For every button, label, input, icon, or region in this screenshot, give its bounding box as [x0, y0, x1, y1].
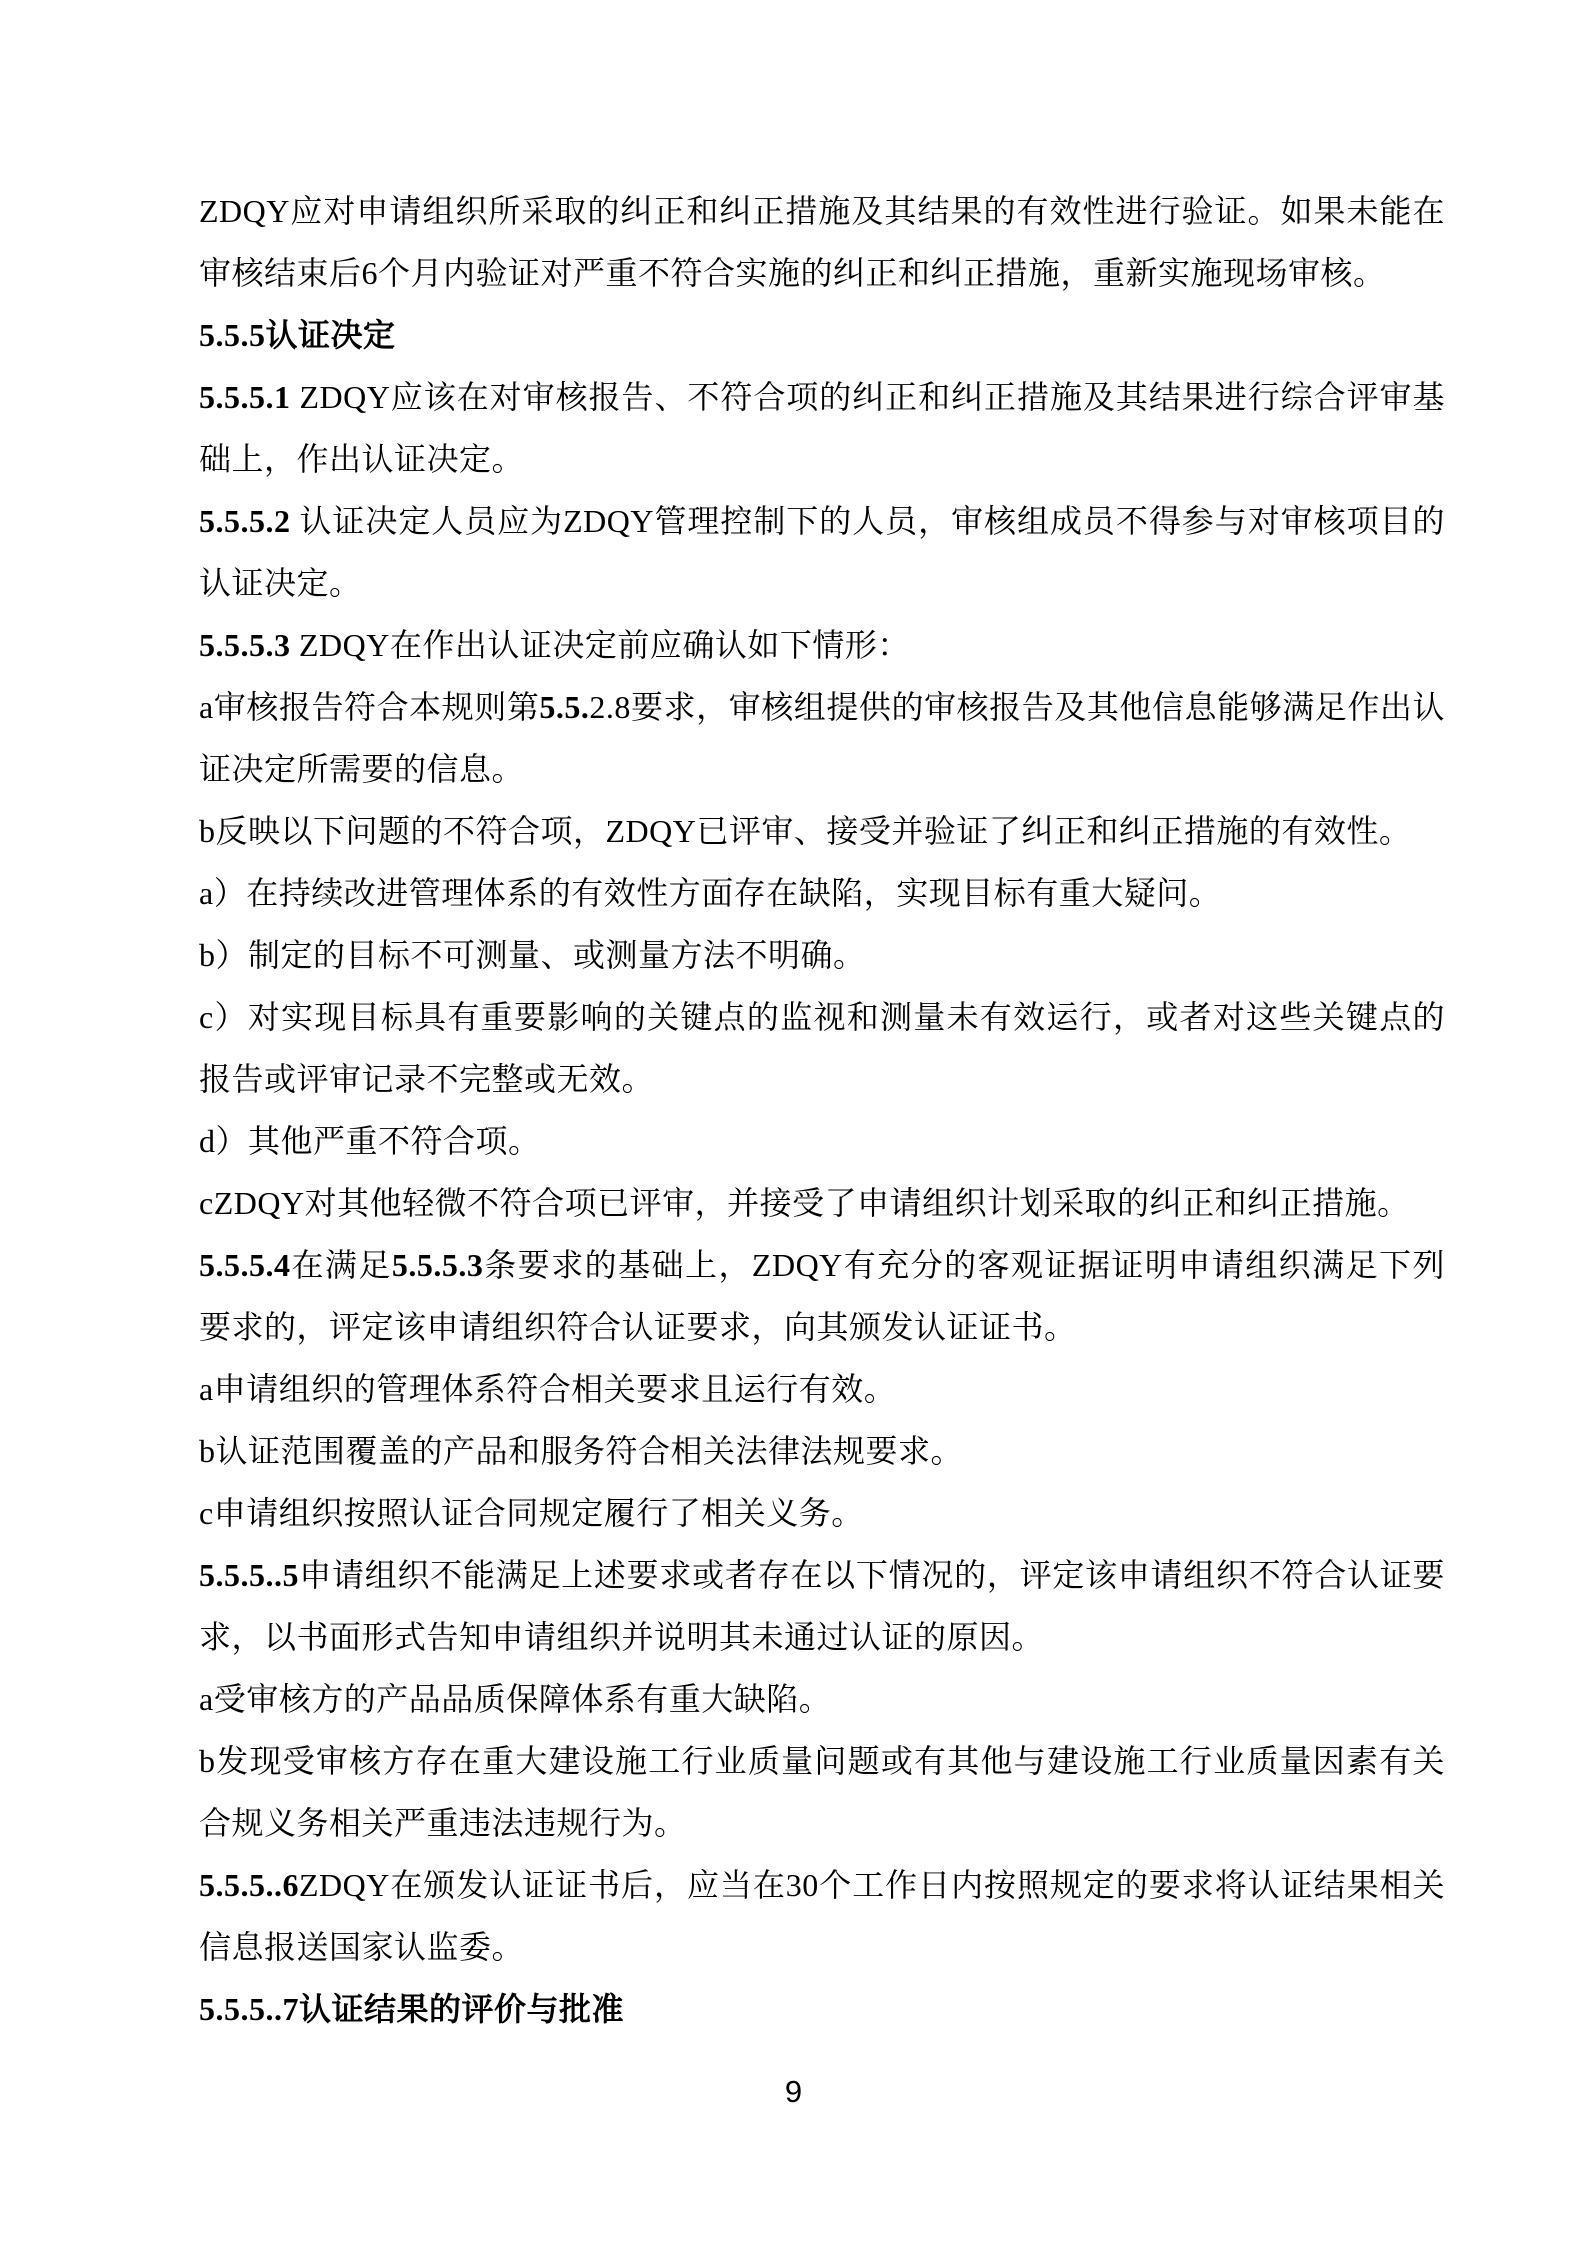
text-run: ZDQY应对申请组织所采取的纠正和纠正措施及其结果的有效性进行验证。如果未能在审… [199, 193, 1445, 291]
text-run: c申请组织按照认证合同规定履行了相关义务。 [199, 1495, 864, 1531]
bold-text-run: 5.5.5.2 [199, 503, 291, 539]
bold-text-run: 5.5.5.3 [199, 627, 291, 663]
paragraph: a受审核方的产品品质保障体系有重大缺陷。 [199, 1668, 1445, 1730]
paragraph: 5.5.5.3 ZDQY在作出认证决定前应确认如下情形： [199, 614, 1445, 676]
text-run: b反映以下问题的不符合项，ZDQY已评审、接受并验证了纠正和纠正措施的有效性。 [199, 813, 1411, 849]
text-run: 在满足 [291, 1247, 392, 1283]
paragraph: 5.5.5.2 认证决定人员应为ZDQY管理控制下的人员，审核组成员不得参与对审… [199, 490, 1445, 614]
text-run: d）其他严重不符合项。 [199, 1123, 541, 1159]
bold-text-run: 5.5.5认证决定 [199, 317, 396, 353]
paragraph: b认证范围覆盖的产品和服务符合相关法律法规要求。 [199, 1420, 1445, 1482]
paragraph: a审核报告符合本规则第5.5.2.8要求，审核组提供的审核报告及其他信息能够满足… [199, 676, 1445, 800]
text-run: b认证范围覆盖的产品和服务符合相关法律法规要求。 [199, 1433, 963, 1469]
bold-text-run: 5.5.5..7认证结果的评价与批准 [199, 1991, 624, 2027]
bold-text-run: 5.5.5..5 [199, 1557, 299, 1593]
section-heading: 5.5.5..7认证结果的评价与批准 [199, 1978, 1445, 2040]
text-run: cZDQY对其他轻微不符合项已评审，并接受了申请组织计划采取的纠正和纠正措施。 [199, 1185, 1410, 1221]
page-number: 9 [785, 2074, 802, 2109]
bold-text-run: 5.5.5.1 [199, 379, 291, 415]
bold-text-run: 5.5.5.3 [392, 1247, 484, 1283]
paragraph: b发现受审核方存在重大建设施工行业质量问题或有其他与建设施工行业质量因素有关合规… [199, 1730, 1445, 1854]
section-heading: 5.5.5认证决定 [199, 304, 1445, 366]
paragraph: 5.5.5.1 ZDQY应该在对审核报告、不符合项的纠正和纠正措施及其结果进行综… [199, 366, 1445, 490]
paragraph: cZDQY对其他轻微不符合项已评审，并接受了申请组织计划采取的纠正和纠正措施。 [199, 1172, 1445, 1234]
text-run: 申请组织不能满足上述要求或者存在以下情况的，评定该申请组织不符合认证要求，以书面… [199, 1557, 1445, 1655]
text-run: 认证决定人员应为ZDQY管理控制下的人员，审核组成员不得参与对审核项目的认证决定… [199, 503, 1445, 601]
text-run: b）制定的目标不可测量、或测量方法不明确。 [199, 937, 866, 973]
text-run: a受审核方的产品品质保障体系有重大缺陷。 [199, 1681, 831, 1717]
text-run: ZDQY应该在对审核报告、不符合项的纠正和纠正措施及其结果进行综合评审基础上，作… [199, 379, 1445, 477]
paragraph: 5.5.5..6ZDQY在颁发认证证书后，应当在30个工作日内按照规定的要求将认… [199, 1854, 1445, 1978]
paragraph: b反映以下问题的不符合项，ZDQY已评审、接受并验证了纠正和纠正措施的有效性。 [199, 800, 1445, 862]
paragraph: c）对实现目标具有重要影响的关键点的监视和测量未有效运行，或者对这些关键点的报告… [199, 986, 1445, 1110]
text-run: c）对实现目标具有重要影响的关键点的监视和测量未有效运行，或者对这些关键点的报告… [199, 999, 1445, 1097]
paragraph: ZDQY应对申请组织所采取的纠正和纠正措施及其结果的有效性进行验证。如果未能在审… [199, 180, 1445, 304]
text-run: ZDQY在作出认证决定前应确认如下情形： [291, 627, 910, 663]
paragraph: d）其他严重不符合项。 [199, 1110, 1445, 1172]
paragraph: c申请组织按照认证合同规定履行了相关义务。 [199, 1482, 1445, 1544]
text-run: ZDQY在颁发认证证书后，应当在30个工作日内按照规定的要求将认证结果相关信息报… [199, 1867, 1445, 1965]
text-run: b发现受审核方存在重大建设施工行业质量问题或有其他与建设施工行业质量因素有关合规… [199, 1743, 1445, 1841]
text-run: a申请组织的管理体系符合相关要求且运行有效。 [199, 1371, 896, 1407]
paragraph: 5.5.5.4在满足5.5.5.3条要求的基础上，ZDQY有充分的客观证据证明申… [199, 1234, 1445, 1358]
bold-text-run: 5.5. [539, 689, 589, 725]
paragraph: a申请组织的管理体系符合相关要求且运行有效。 [199, 1358, 1445, 1420]
paragraph: b）制定的目标不可测量、或测量方法不明确。 [199, 924, 1445, 986]
document-page: ZDQY应对申请组织所采取的纠正和纠正措施及其结果的有效性进行验证。如果未能在审… [0, 0, 1587, 2245]
text-run: a审核报告符合本规则第 [199, 689, 539, 725]
page-footer: 9 [0, 2072, 1587, 2112]
bold-text-run: 5.5.5.4 [199, 1247, 291, 1283]
paragraph: 5.5.5..5申请组织不能满足上述要求或者存在以下情况的，评定该申请组织不符合… [199, 1544, 1445, 1668]
bold-text-run: 5.5.5..6 [199, 1867, 299, 1903]
document-body: ZDQY应对申请组织所采取的纠正和纠正措施及其结果的有效性进行验证。如果未能在审… [199, 180, 1445, 2040]
paragraph: a）在持续改进管理体系的有效性方面存在缺陷，实现目标有重大疑问。 [199, 862, 1445, 924]
text-run: a）在持续改进管理体系的有效性方面存在缺陷，实现目标有重大疑问。 [199, 875, 1221, 911]
